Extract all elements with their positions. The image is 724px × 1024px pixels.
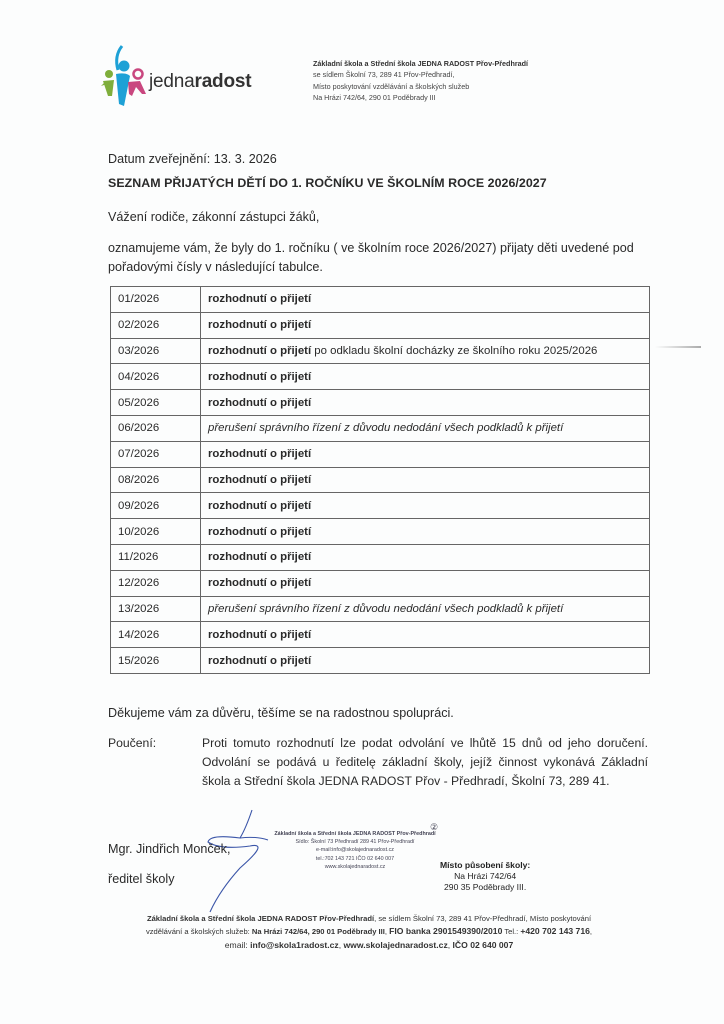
row-number: 11/2026 (111, 544, 201, 570)
decision-text: rozhodnutí o přijetí (208, 397, 311, 409)
row-decision: rozhodnutí o přijetí po odkladu školní d… (201, 338, 650, 364)
school-location-stamp: Místo působení školy: Na Hrázi 742/64 29… (440, 860, 530, 893)
table-row: 01/2026rozhodnutí o přijetí (111, 287, 650, 313)
row-number: 08/2026 (111, 467, 201, 493)
document-title: SEZNAM PŘIJATÝCH DĚTÍ DO 1. ROČNÍKU VE Š… (108, 176, 547, 190)
address-line: se sídlem Školní 73, 289 41 Přov-Předhra… (313, 69, 528, 80)
signatory-name: Mgr. Jindřich Monček, (108, 842, 230, 856)
table-row: 05/2026rozhodnutí o přijetí (111, 390, 650, 416)
decision-text: rozhodnutí o přijetí (208, 371, 311, 383)
row-number: 12/2026 (111, 570, 201, 596)
three-children-icon (100, 44, 150, 114)
location-label: Místo působení školy: (440, 860, 530, 871)
footer-address: Na Hrázi 742/64, 290 01 Poděbrady III (252, 927, 385, 936)
table-row: 10/2026rozhodnutí o přijetí (111, 519, 650, 545)
decision-text: rozhodnutí o přijetí (208, 319, 311, 331)
table-row: 02/2026rozhodnutí o přijetí (111, 312, 650, 338)
decision-text: rozhodnutí o přijetí (208, 500, 311, 512)
legal-notice: Poučení: Proti tomuto rozhodnutí lze pod… (108, 734, 648, 791)
location-line: 290 35 Poděbrady III. (440, 882, 530, 893)
row-decision: rozhodnutí o přijetí (201, 570, 650, 596)
row-number: 01/2026 (111, 287, 201, 313)
row-number: 09/2026 (111, 493, 201, 519)
decision-text: rozhodnutí o přijetí (208, 345, 311, 357)
row-number: 14/2026 (111, 622, 201, 648)
decision-text: rozhodnutí o přijetí (208, 551, 311, 563)
table-row: 11/2026rozhodnutí o přijetí (111, 544, 650, 570)
logo-wordmark: jednaradost (149, 71, 251, 93)
decision-text: rozhodnutí o přijetí (208, 474, 311, 486)
footer-website: www.skolajednaradost.cz (343, 940, 447, 950)
row-decision: rozhodnutí o přijetí (201, 648, 650, 674)
table-row: 12/2026rozhodnutí o přijetí (111, 570, 650, 596)
address-line: Místo poskytování vzdělávání a školských… (313, 81, 528, 92)
row-number: 10/2026 (111, 519, 201, 545)
row-decision: rozhodnutí o přijetí (201, 622, 650, 648)
table-row: 07/2026rozhodnutí o přijetí (111, 441, 650, 467)
row-number: 03/2026 (111, 338, 201, 364)
table-row: 15/2026rozhodnutí o přijetí (111, 648, 650, 674)
table-row: 13/2026přerušení správního řízení z důvo… (111, 596, 650, 622)
school-header-address: Základní škola a Střední škola JEDNA RAD… (313, 58, 528, 104)
decision-text: rozhodnutí o přijetí (208, 293, 311, 305)
footer-text: Tel.: (502, 927, 520, 936)
row-decision: přerušení správního řízení z důvodu nedo… (201, 415, 650, 441)
table-row: 03/2026rozhodnutí o přijetí po odkladu š… (111, 338, 650, 364)
signatory-role: ředitel školy (108, 872, 175, 886)
stamp-line: e-mail:info@skolajednaradost.cz (250, 846, 460, 854)
publication-date: Datum zveřejnění: 13. 3. 2026 (108, 152, 277, 166)
row-decision: přerušení správního řízení z důvodu nedo… (201, 596, 650, 622)
decision-text: rozhodnutí o přijetí (208, 577, 311, 589)
school-logo: jednaradost (100, 44, 270, 114)
school-stamp: Základní škola a Střední škola JEDNA RAD… (250, 830, 460, 871)
row-number: 02/2026 (111, 312, 201, 338)
decision-text: rozhodnutí o přijetí (208, 655, 311, 667)
stamp-line: Základní škola a Střední škola JEDNA RAD… (250, 830, 460, 838)
location-line: Na Hrázi 742/64 (440, 871, 530, 882)
decision-note: po odkladu školní docházky ze školního r… (311, 345, 597, 357)
notice-text: Proti tomuto rozhodnutí lze podat odvolá… (202, 734, 648, 791)
row-decision: rozhodnutí o přijetí (201, 544, 650, 570)
row-number: 13/2026 (111, 596, 201, 622)
decision-text: rozhodnutí o přijetí (208, 448, 311, 460)
document-page: jednaradost Základní škola a Střední ško… (0, 0, 724, 1024)
footer-school-name: Základní škola a Střední škola JEDNA RAD… (147, 914, 374, 923)
stamp-line: www.skolajednaradost.cz (250, 863, 460, 871)
intro-paragraph: oznamujeme vám, že byly do 1. ročníku ( … (108, 239, 648, 277)
decision-text: rozhodnutí o přijetí (208, 526, 311, 538)
school-name: Základní škola a Střední škola JEDNA RAD… (313, 58, 528, 69)
stamp-line: tel.:702 143 721 IČO 02 640 007 (250, 855, 460, 863)
table-row: 08/2026rozhodnutí o přijetí (111, 467, 650, 493)
decision-text: přerušení správního řízení z důvodu nedo… (208, 422, 563, 434)
footer-text: email: (225, 940, 250, 950)
notice-label: Poučení: (108, 734, 156, 753)
address-line: Na Hrázi 742/64, 290 01 Poděbrady III (313, 92, 528, 103)
row-decision: rozhodnutí o přijetí (201, 493, 650, 519)
table-row: 09/2026rozhodnutí o přijetí (111, 493, 650, 519)
greeting: Vážení rodiče, zákonní zástupci žáků, (108, 210, 319, 224)
row-number: 07/2026 (111, 441, 201, 467)
row-number: 04/2026 (111, 364, 201, 390)
row-decision: rozhodnutí o přijetí (201, 364, 650, 390)
row-decision: rozhodnutí o přijetí (201, 390, 650, 416)
table-row: 14/2026rozhodnutí o přijetí (111, 622, 650, 648)
admission-table: 01/2026rozhodnutí o přijetí02/2026rozhod… (110, 286, 650, 674)
row-decision: rozhodnutí o přijetí (201, 467, 650, 493)
footer-bank: FIO banka 2901549390/2010 (389, 926, 502, 936)
row-decision: rozhodnutí o přijetí (201, 312, 650, 338)
footer-email: info@skola1radost.cz (250, 940, 339, 950)
row-decision: rozhodnutí o přijetí (201, 519, 650, 545)
row-decision: rozhodnutí o přijetí (201, 441, 650, 467)
thanks-text: Děkujeme vám za důvěru, těšíme se na rad… (108, 706, 454, 720)
page-footer: Základní škola a Střední škola JEDNA RAD… (84, 912, 654, 952)
table-row: 06/2026přerušení správního řízení z důvo… (111, 415, 650, 441)
footer-text: vzdělávání a školských služeb: (146, 927, 252, 936)
row-decision: rozhodnutí o přijetí (201, 287, 650, 313)
footer-text: , se sídlem Školní 73, 289 41 Přov-Předh… (374, 914, 591, 923)
scan-mark (655, 346, 701, 348)
stamp-line: Sídlo: Školní 73 Předhradí 289 41 Přov-P… (250, 838, 460, 846)
row-number: 05/2026 (111, 390, 201, 416)
footer-ico: IČO 02 640 007 (453, 940, 514, 950)
decision-text: přerušení správního řízení z důvodu nedo… (208, 603, 563, 615)
row-number: 15/2026 (111, 648, 201, 674)
table-row: 04/2026rozhodnutí o přijetí (111, 364, 650, 390)
row-number: 06/2026 (111, 415, 201, 441)
footer-phone: +420 702 143 716 (520, 926, 590, 936)
decision-text: rozhodnutí o přijetí (208, 629, 311, 641)
